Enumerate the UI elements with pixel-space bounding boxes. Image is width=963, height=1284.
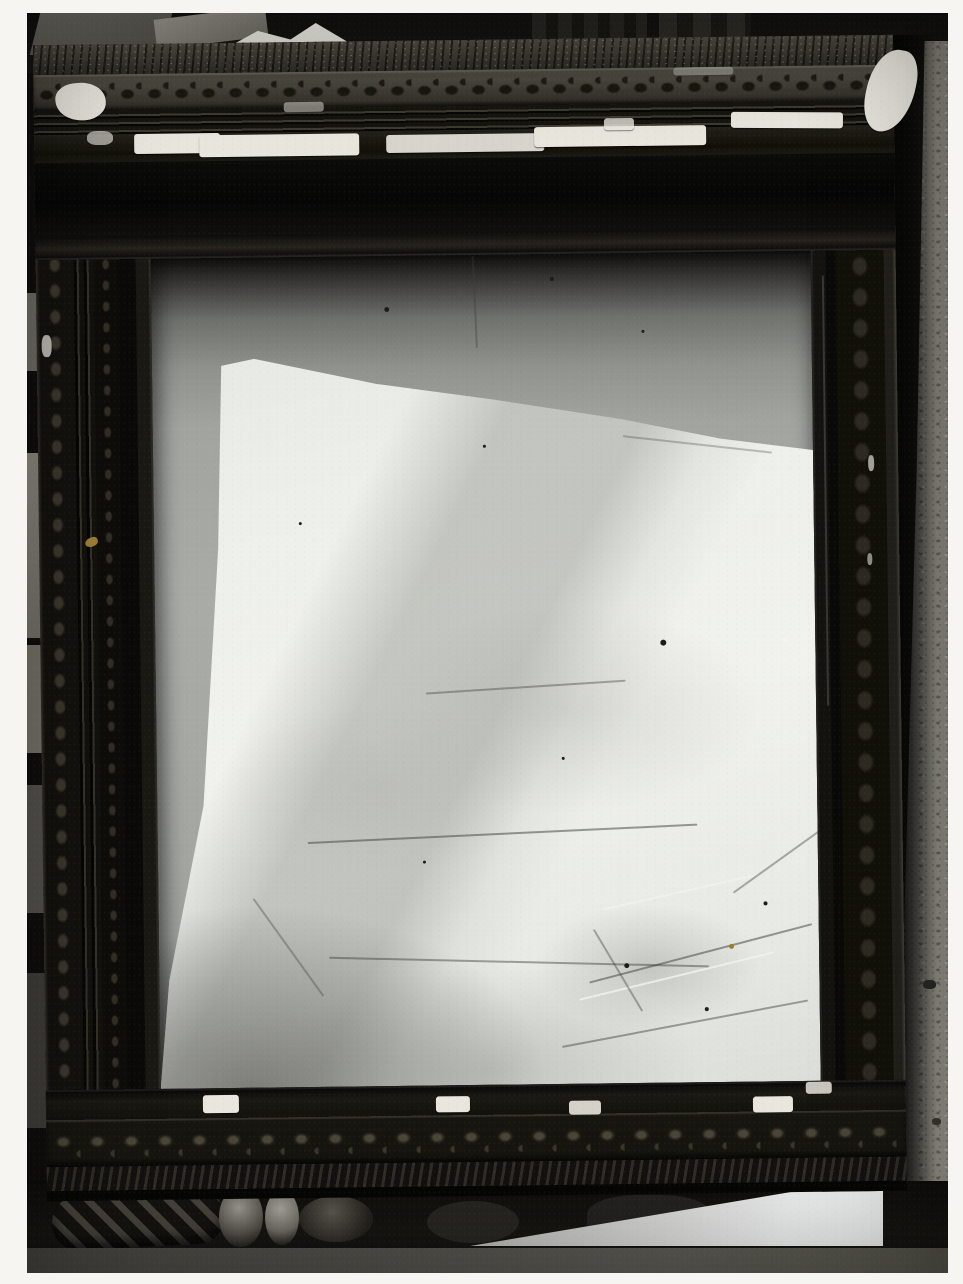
turned-wood-knob <box>299 1196 373 1242</box>
picture-frame <box>33 35 907 1201</box>
floor-strip <box>27 1248 948 1273</box>
frame-opening <box>151 251 821 1089</box>
frame-top-recess <box>34 153 895 238</box>
photograph <box>27 13 948 1273</box>
shadowed-debris <box>427 1201 519 1243</box>
photo-print <box>0 0 963 1284</box>
